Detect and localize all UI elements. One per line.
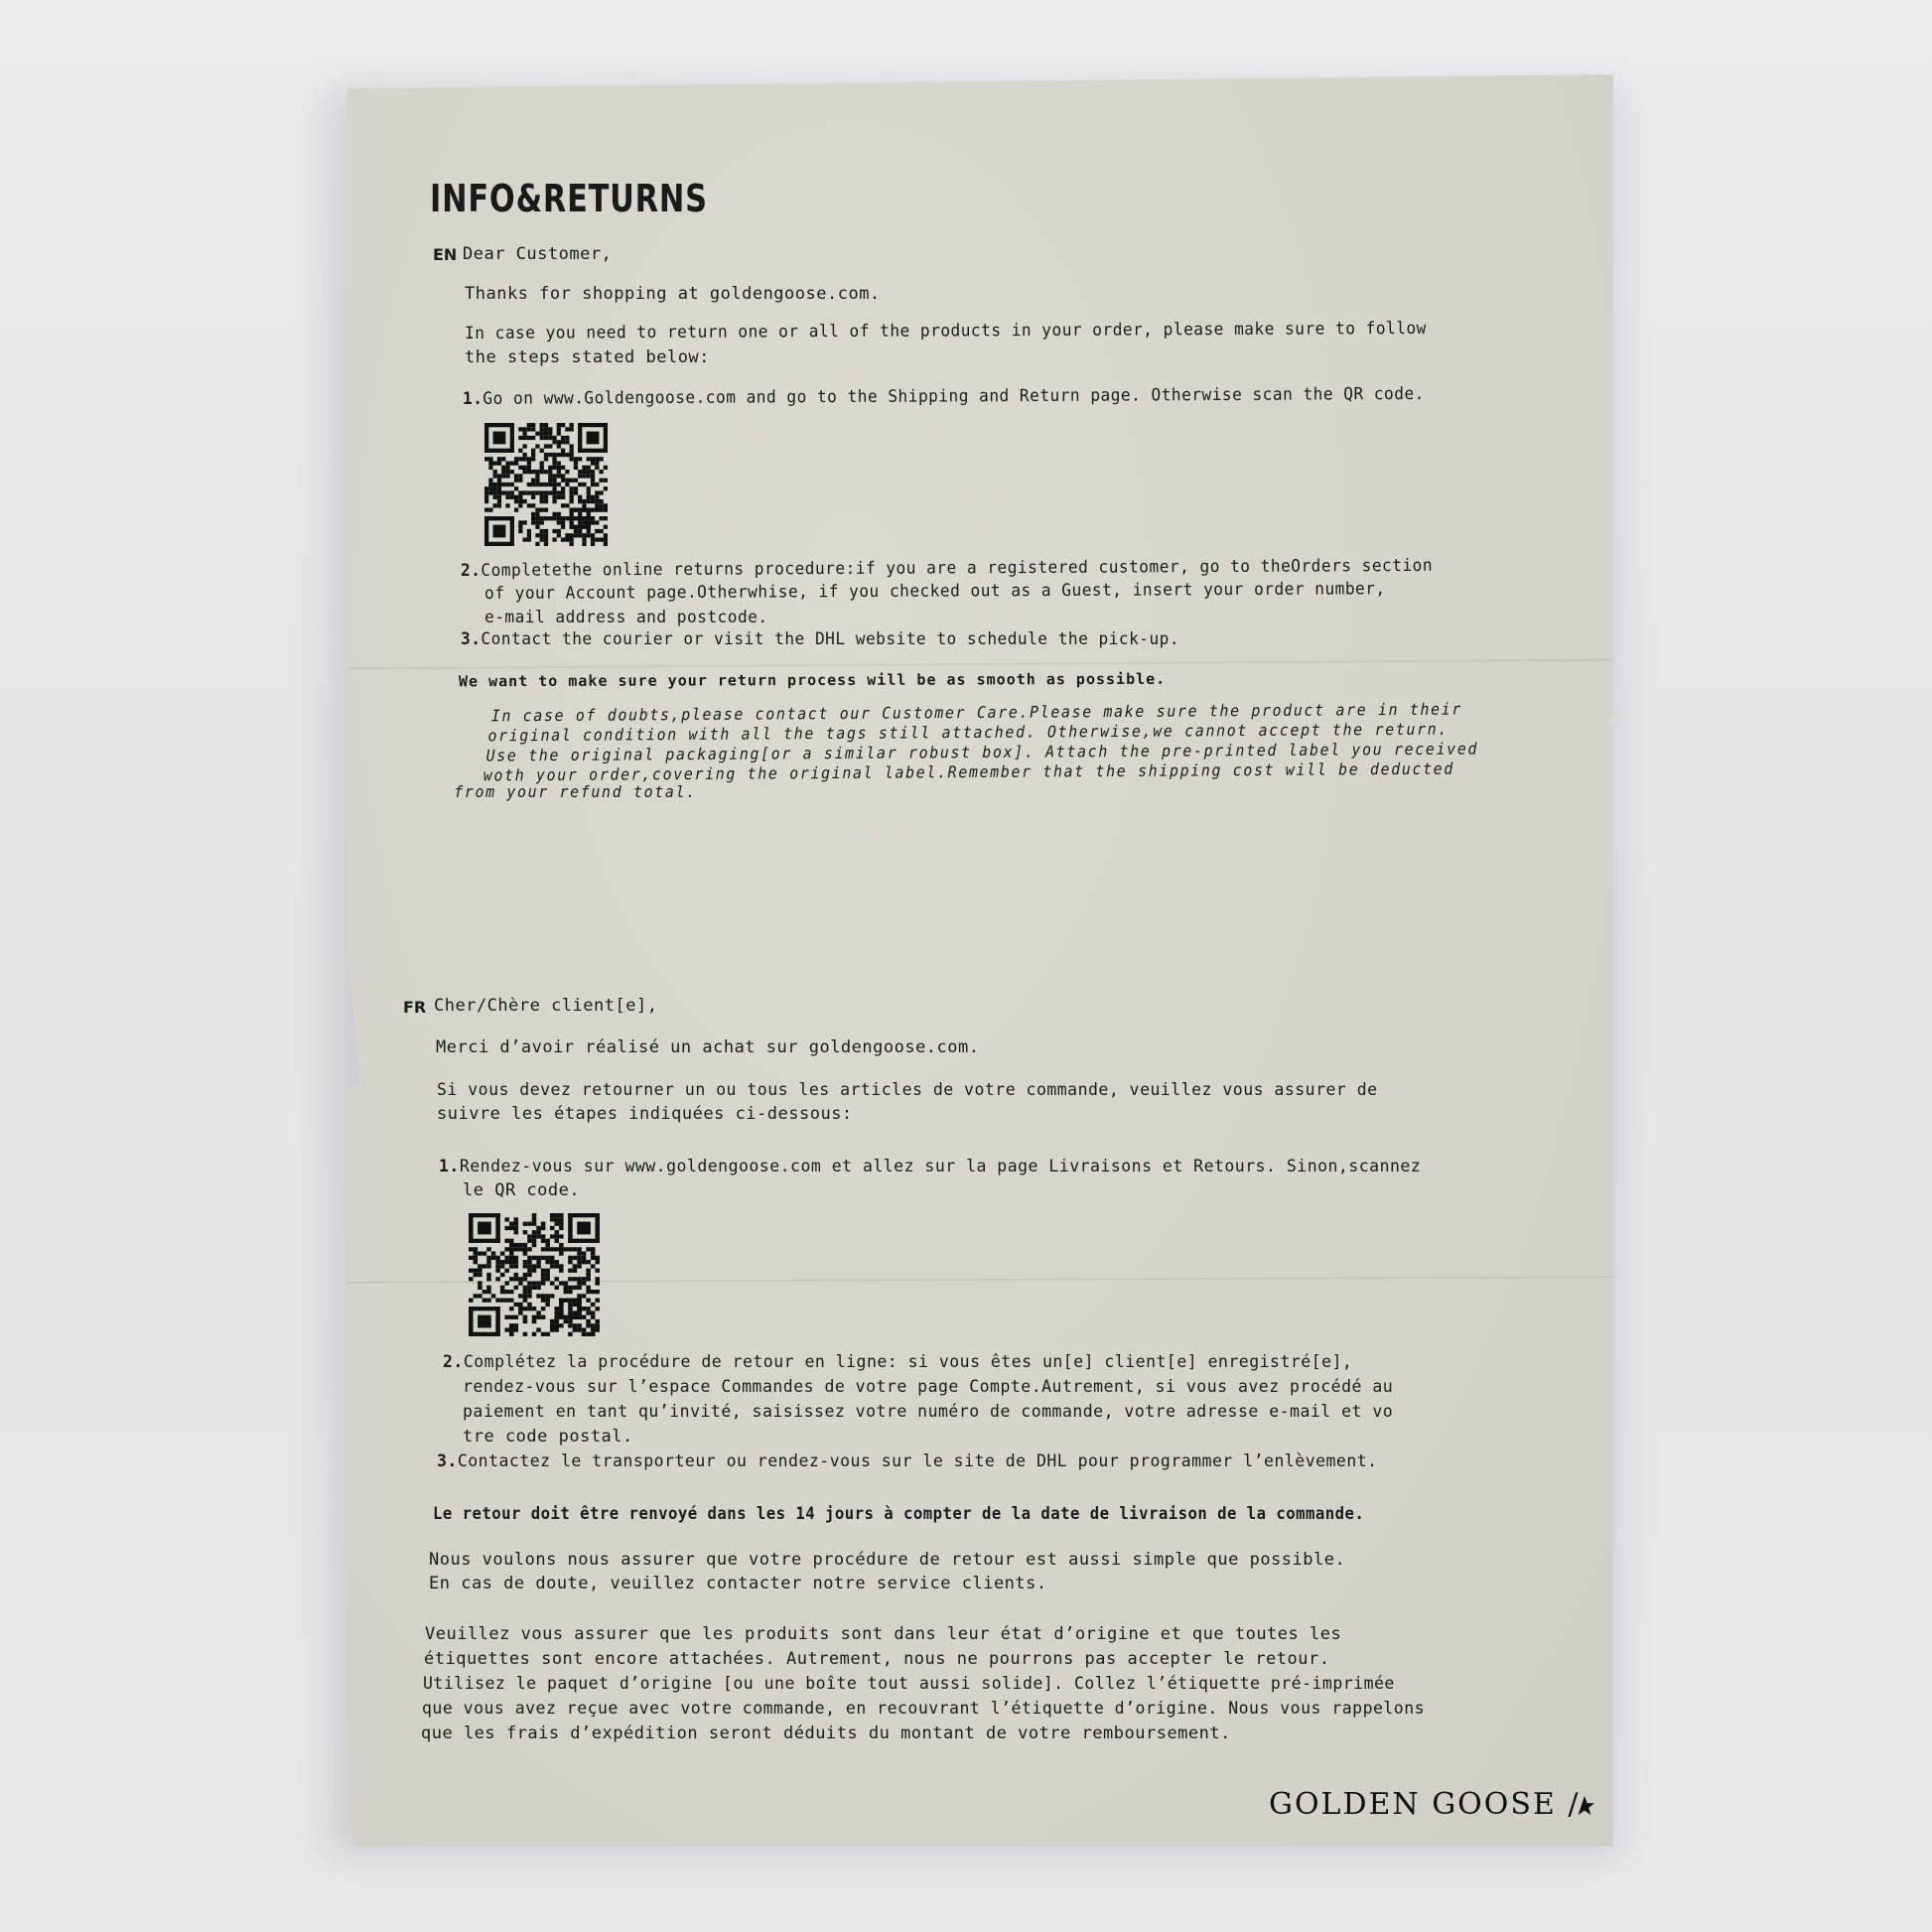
- fr-step-1: 1.Rendez-vous sur www.goldengoose.com et…: [439, 1157, 1421, 1176]
- fr-step-1-line: le QR code.: [463, 1180, 580, 1200]
- step-number: 1.: [463, 389, 483, 409]
- fr-step-3: 3.Contactez le transporteur ou rendez-vo…: [437, 1451, 1378, 1471]
- star-icon: [1574, 1795, 1595, 1817]
- en-intro-line: In case you need to return one or all of…: [465, 319, 1427, 344]
- en-greeting: Dear Customer,: [463, 244, 612, 264]
- fr-para2-line: Utilisez le paquet d’origine [ou une boî…: [423, 1674, 1395, 1694]
- en-step-3: 3.Contact the courier or visit the DHL w…: [461, 629, 1179, 649]
- en-step-2-line: of your Account page.Otherwhise, if you …: [484, 579, 1386, 604]
- step-text: Complétez la procédure de retour en lign…: [464, 1352, 1353, 1372]
- step-text: Rendez-vous sur www.goldengoose.com et a…: [460, 1157, 1421, 1176]
- step-number: 2.: [443, 1352, 464, 1372]
- en-intro-line: the steps stated below:: [465, 347, 710, 367]
- en-step-2: 2.Completethe online returns procedure:i…: [461, 556, 1433, 581]
- fr-para2-line: étiquettes sont encore attachées. Autrem…: [424, 1649, 1329, 1669]
- lang-code-en: EN: [433, 245, 457, 264]
- fr-step-2-line: tre code postal.: [463, 1427, 633, 1447]
- fr-bold-note: Le retour doit être renvoyé dans les 14 …: [433, 1504, 1364, 1524]
- fr-para2-line: que les frais d’expédition seront déduit…: [421, 1724, 1231, 1743]
- brand-logo: GOLDEN GOOSE /: [1269, 1787, 1580, 1822]
- step-text: Contact the courier or visit the DHL web…: [481, 629, 1179, 649]
- fr-thanks: Merci d’avoir réalisé un achat sur golde…: [436, 1037, 979, 1057]
- step-number: 1.: [439, 1157, 460, 1176]
- en-step-2-line: e-mail address and postcode.: [484, 608, 768, 627]
- en-italic-line: from your refund total.: [454, 782, 697, 801]
- en-thanks: Thanks for shopping at goldengoose.com.: [465, 284, 881, 304]
- fr-para1-line: Nous voulons nous assurer que votre proc…: [429, 1550, 1345, 1570]
- step-text: Contactez le transporteur ou rendez-vous…: [458, 1451, 1378, 1471]
- fr-para2-line: que vous avez reçue avec votre commande,…: [422, 1699, 1425, 1719]
- step-text: Completethe online returns procedure:if …: [481, 556, 1433, 581]
- lang-code-fr: FR: [403, 998, 426, 1017]
- fr-para1-line: En cas de doute, veuillez contacter notr…: [429, 1574, 1047, 1593]
- qr-code-icon[interactable]: [469, 1213, 600, 1336]
- fr-intro-line: Si vous devez retourner un ou tous les a…: [437, 1080, 1378, 1100]
- fr-step-2: 2.Complétez la procédure de retour en li…: [443, 1352, 1352, 1372]
- en-bold-note: We want to make sure your return process…: [459, 670, 1166, 690]
- fr-step-2-line: rendez-vous sur l’espace Commandes de vo…: [463, 1377, 1393, 1397]
- document-content: INFO&RETURNS EN Dear Customer, Thanks fo…: [0, 0, 1932, 1932]
- page-title: INFO&RETURNS: [430, 177, 708, 220]
- fr-intro-line: suivre les étapes indiquées ci-dessous:: [437, 1104, 853, 1124]
- fr-para2-line: Veuillez vous assurer que les produits s…: [425, 1624, 1341, 1644]
- step-number: 3.: [461, 629, 481, 649]
- step-number: 3.: [437, 1451, 458, 1471]
- fr-greeting: Cher/Chère client[e],: [434, 996, 657, 1016]
- step-number: 2.: [461, 561, 482, 581]
- qr-code-icon[interactable]: [484, 423, 608, 546]
- step-text: Go on www.Goldengoose.com and go to the …: [483, 384, 1425, 409]
- en-step-1: 1.Go on www.Goldengoose.com and go to th…: [463, 384, 1425, 409]
- fr-step-2-line: paiement en tant qu’invité, saisissez vo…: [463, 1402, 1393, 1422]
